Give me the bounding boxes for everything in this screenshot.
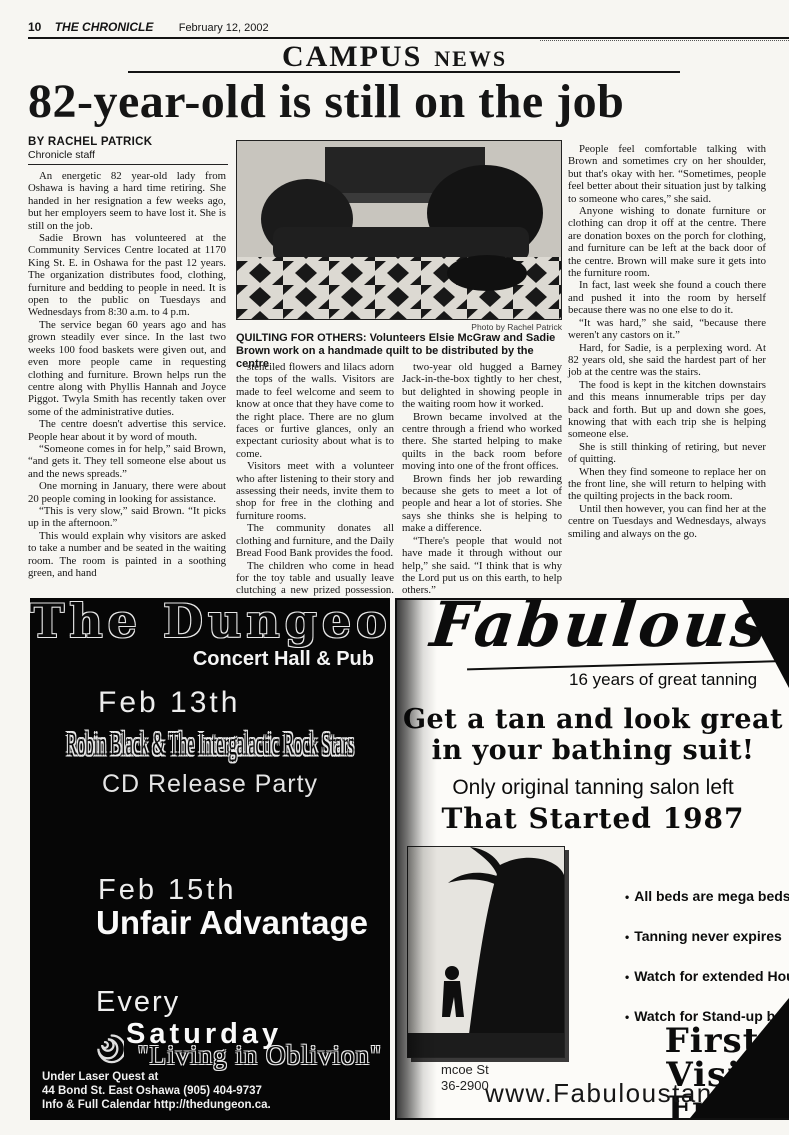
article-paragraph: When they find someone to replace her on… xyxy=(568,466,766,503)
article-paragraph: “There's people that would not have made… xyxy=(402,535,562,597)
spiral-icon xyxy=(86,1026,124,1064)
dungeon-event1-date: Feb 13th xyxy=(98,686,240,720)
article-paragraph: Anyone wishing to donate furniture or cl… xyxy=(568,205,766,279)
article-paragraph: two-year old hugged a Barney Jack-in-the… xyxy=(402,361,562,411)
article-paragraph: Hard, for Sadie, is a perplexing word. A… xyxy=(568,342,766,379)
tan-bullet-item: Tanning never expires xyxy=(625,928,789,944)
article-paragraph: One morning in January, there were about… xyxy=(28,480,226,505)
tan-headline: Get a tan and look great in your bathing… xyxy=(397,704,789,766)
article-paragraph: “This is very slow,” said Brown. “It pic… xyxy=(28,505,226,530)
tan-title-rule xyxy=(467,660,789,671)
article-paragraph: Sadie Brown has volunteered at the Commu… xyxy=(28,232,226,319)
dungeon-ad-subtitle: Concert Hall & Pub xyxy=(193,648,374,671)
section-masthead: CAMPUS NEWS xyxy=(0,40,789,74)
article-paragraph: Until then however, you can find her at … xyxy=(568,503,766,540)
dungeon-info-line3: Info & Full Calendar http://thedungeon.c… xyxy=(42,1098,271,1112)
article-paragraph: In fact, last week she found a couch the… xyxy=(568,279,766,316)
tan-bullet-item: All beds are mega beds xyxy=(625,888,789,904)
page-number: 10 xyxy=(28,20,41,34)
article-column-3: People feel comfortable talking with Bro… xyxy=(568,143,766,540)
section-word-news: NEWS xyxy=(434,46,507,71)
byline-org: Chronicle staff xyxy=(28,149,152,161)
quilting-photo-art xyxy=(237,141,561,319)
byline-rule xyxy=(28,164,228,165)
dungeon-ad-title: The Dungeon xyxy=(30,598,390,648)
tan-tagline: 16 years of great tanning xyxy=(569,670,757,690)
newspaper-masthead: THE CHRONICLE xyxy=(55,20,154,34)
tan-address-street: mcoe St xyxy=(441,1062,489,1078)
tan-bullet-item: Watch for extended Hours xyxy=(625,968,789,984)
dungeon-event1-band: Robin Black & The Intergalactic Rock Sta… xyxy=(34,726,386,764)
article-paragraph: The service began 60 years ago and has g… xyxy=(28,319,226,418)
dungeon-event2-date: Feb 15th xyxy=(98,874,236,907)
fabulous-tan-ad: Fabulous Tan 16 years of great tanning G… xyxy=(395,598,789,1120)
tan-subline: Only original tanning salon left xyxy=(397,776,789,800)
dungeon-event2-band: Unfair Advantage xyxy=(96,904,368,942)
byline-author: BY RACHEL PATRICK xyxy=(28,136,152,148)
tan-headline-line2: in your bathing suit! xyxy=(397,735,789,766)
article-paragraph: “It was hard,” she said, “because there … xyxy=(568,317,766,342)
issue-date: February 12, 2002 xyxy=(179,22,269,34)
article-paragraph: stenciled flowers and lilacs adorn the t… xyxy=(236,361,394,460)
article-paragraph: Visitors meet with a volunteer who after… xyxy=(236,460,394,522)
article-paragraph: Brown became involved at the centre thro… xyxy=(402,411,562,473)
header-rule xyxy=(28,37,789,39)
article-column-1: An energetic 82 year-old lady from Oshaw… xyxy=(28,170,226,579)
tan-address-phone: 36-2900 xyxy=(441,1078,489,1094)
dungeon-weekly-word1: Every xyxy=(96,986,180,1019)
article-column-2a: stenciled flowers and lilacs adorn the t… xyxy=(236,361,394,609)
page-header: 10 THE CHRONICLE February 12, 2002 xyxy=(28,20,269,34)
tan-ad-title: Fabulous Tan xyxy=(427,598,789,661)
dungeon-event1-note: CD Release Party xyxy=(30,770,390,799)
scan-noise-left xyxy=(395,600,437,1120)
dungeon-weekly-event: "Living in Oblivion" xyxy=(137,1040,382,1071)
article-paragraph: The food is kept in the kitchen downstai… xyxy=(568,379,766,441)
dungeon-info-line2: 44 Bond St. East Oshawa (905) 404-9737 xyxy=(42,1084,271,1098)
section-rule xyxy=(128,71,680,73)
article-paragraph: People feel comfortable talking with Bro… xyxy=(568,143,766,205)
dungeon-info-line1: Under Laser Quest at xyxy=(42,1070,271,1084)
tan-started: That Started 1987 xyxy=(397,802,789,835)
article-paragraph: “Someone comes in for help,” said Brown,… xyxy=(28,443,226,480)
dungeon-info-block: Under Laser Quest at 44 Bond St. East Os… xyxy=(42,1070,271,1112)
dungeon-ad: The Dungeon Concert Hall & Pub Feb 13th … xyxy=(30,598,390,1120)
article-paragraph: This would explain why visitors are aske… xyxy=(28,530,226,580)
byline-block: BY RACHEL PATRICK Chronicle staff xyxy=(28,136,152,161)
article-paragraph: An energetic 82 year-old lady from Oshaw… xyxy=(28,170,226,232)
section-word-campus: CAMPUS xyxy=(282,40,422,73)
article-paragraph: She is still thinking of retiring, but n… xyxy=(568,441,766,466)
article-headline: 82-year-old is still on the job xyxy=(28,74,773,129)
tan-address-partial: mcoe St 36-2900 xyxy=(441,1062,489,1094)
article-paragraph: The centre doesn't advertise this servic… xyxy=(28,418,226,443)
article-paragraph: Brown finds her job rewarding because sh… xyxy=(402,473,562,535)
article-column-2b: two-year old hugged a Barney Jack-in-the… xyxy=(402,361,562,597)
article-paragraph: The community donates all clothing and f… xyxy=(236,522,394,559)
photo-credit: Photo by Rachel Patrick xyxy=(236,322,562,332)
quilting-photo xyxy=(236,140,562,320)
tan-headline-line1: Get a tan and look great xyxy=(397,704,789,735)
